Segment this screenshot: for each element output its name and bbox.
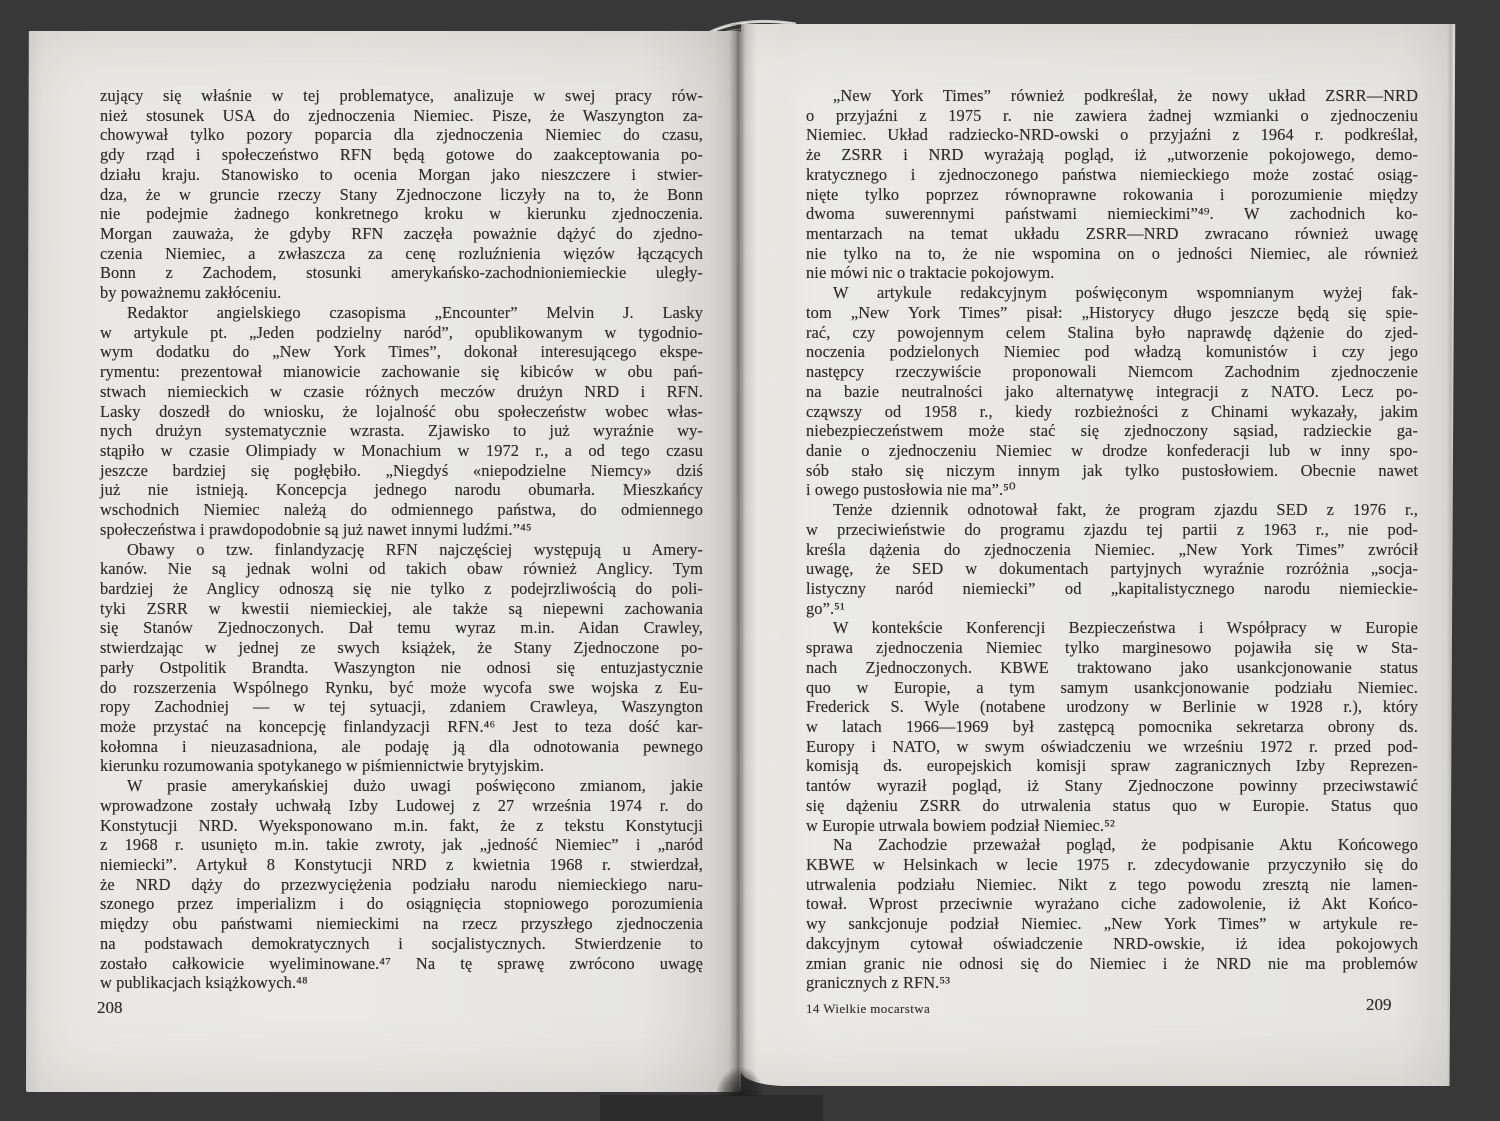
paragraph: Obawy o tzw. finlandyzację RFN najczęści… xyxy=(100,540,703,777)
text-line: W kontekście Konferencji Bezpieczeństwa … xyxy=(806,618,1418,638)
text-line: mentarzach na temat układu ZSRR—NRD zwra… xyxy=(806,224,1418,244)
text-line: gdy rząd i społeczeństwo RFN będą gotowe… xyxy=(100,145,703,165)
text-line: dwoma suwerennymi państwami niemieckimi”… xyxy=(806,204,1418,224)
text-line: Niemiec. Układ radziecko-NRD-owski o prz… xyxy=(806,125,1418,145)
text-line: nięte tylko poprzez równoprawne rokowani… xyxy=(806,185,1418,205)
paragraph: Tenże dziennik odnotował fakt, że progra… xyxy=(806,500,1418,618)
text-line: w artykule pt. „Jeden podzielny naród”, … xyxy=(100,323,703,343)
text-line: w publikacjach książkowych.⁴⁸ xyxy=(100,973,703,993)
text-line: na bazie neutralności jako alternatywę i… xyxy=(806,382,1418,402)
text-line: szonego przez imperializm i do osiągnięc… xyxy=(100,894,703,914)
paragraph: Na Zachodzie przeważał pogląd, że podpis… xyxy=(806,835,1418,993)
text-line: sprawa zjednoczenia Niemiec tylko margin… xyxy=(806,638,1418,658)
paragraph: Redaktor angielskiego czasopisma „Encoun… xyxy=(100,303,703,540)
text-line: do rozszerzenia Wspólnego Rynku, być moż… xyxy=(100,678,703,698)
text-line: już nie istnieją. Koncepcja jednego naro… xyxy=(100,480,703,500)
text-line: uwagę, że SED w dokumentach partyjnych w… xyxy=(806,559,1418,579)
text-line: KBWE w Helsinkach w lecie 1975 r. zdecyd… xyxy=(806,855,1418,875)
text-line: go”.⁵¹ xyxy=(806,599,1418,619)
text-line: bardziej że Anglicy odnoszą się nie tylk… xyxy=(100,579,703,599)
text-line: stąpiło w czasie Olimpiady w Monachium w… xyxy=(100,441,703,461)
text-line: kołomna i nieuzasadniona, ale podaję ją … xyxy=(100,737,703,757)
text-line: Europy i NATO, w swym oświadczeniu we wr… xyxy=(806,737,1418,757)
text-line: jeszcze bardziej się pogłębiło. „Niegdyś… xyxy=(100,461,703,481)
print-signature: 14 Wielkie mocarstwa xyxy=(806,1001,930,1017)
text-line: quo w Europie, a tym samym usankcjonowan… xyxy=(806,678,1418,698)
text-line: ropy Zachodniej — w tej sytuacji, zdanie… xyxy=(100,697,703,717)
text-line: że NRD dąży do przezwyciężenia podziału … xyxy=(100,875,703,895)
text-line: by poważnemu zakłóceniu. xyxy=(100,283,703,303)
text-line: Bonn z Zachodem, stosunki amerykańsko-za… xyxy=(100,263,703,283)
text-line: w Europie utrwala bowiem podział Niemiec… xyxy=(806,816,1418,836)
text-line: wschodnich Niemiec należą do odmiennego … xyxy=(100,500,703,520)
text-line: wprowadzone zostały uchwałą Izby Ludowej… xyxy=(100,796,703,816)
page-number-left: 208 xyxy=(97,998,123,1018)
text-line: nych drużyn systematycznie wzrasta. Zjaw… xyxy=(100,421,703,441)
text-line: się Stanów Zjednoczonych. Dał temu wyraz… xyxy=(100,618,703,638)
text-line: niebezpieczeństwem może stać się zjednoc… xyxy=(806,421,1418,441)
paragraph: zujący się właśnie w tej problematyce, a… xyxy=(100,86,703,303)
text-line: Lasky doszedł do wniosku, że lojalność o… xyxy=(100,402,703,422)
gutter-bottom-shadow xyxy=(710,1056,770,1096)
text-line: że ZSRR i NRD wyrażają pogląd, iż „utwor… xyxy=(806,145,1418,165)
text-line: tantów wyraził pogląd, iż Stany Zjednocz… xyxy=(806,776,1418,796)
text-line: z 1968 r. usunięto m.in. takie zwroty, j… xyxy=(100,835,703,855)
text-line: cząwszy od 1958 r., kiedy rozbieżności z… xyxy=(806,402,1418,422)
text-line: Na Zachodzie przeważał pogląd, że podpis… xyxy=(806,835,1418,855)
text-line: Redaktor angielskiego czasopisma „Encoun… xyxy=(100,303,703,323)
text-line: o przyjaźni z 1975 r. nie zawiera żadnej… xyxy=(806,106,1418,126)
text-line: noczenia podzielonych Niemiec pod władzą… xyxy=(806,342,1418,362)
text-line: Frederick S. Wyle (notabene urodzony w B… xyxy=(806,697,1418,717)
text-line: danie o zjednoczeniu Niemiec w drodze ko… xyxy=(806,441,1418,461)
text-line: Obawy o tzw. finlandyzację RFN najczęści… xyxy=(100,540,703,560)
text-line: Tenże dziennik odnotował fakt, że progra… xyxy=(806,500,1418,520)
text-line: następcy rzeczywiście proponowali Niemco… xyxy=(806,362,1418,382)
text-line: chowywał tylko pozory poparcia dla zjedn… xyxy=(100,125,703,145)
text-line: wy sankcjonuje podział Niemiec. „New Yor… xyxy=(806,914,1418,934)
text-line: zostało całkowicie wyeliminowane.⁴⁷ Na t… xyxy=(100,954,703,974)
text-line: niemiecki”. Artykuł 8 Konstytucji NRD z … xyxy=(100,855,703,875)
text-line: W artykule redakcyjnym poświęconym wspom… xyxy=(806,283,1418,303)
paragraph: W artykule redakcyjnym poświęconym wspom… xyxy=(806,283,1418,500)
text-line: dakcyjnym cytował oświadczenie NRD-owski… xyxy=(806,934,1418,954)
text-line: nie mówi nic o traktacie pokojowym. xyxy=(806,263,1418,283)
text-line: nach Zjednoczonych. KBWE traktowano jako… xyxy=(806,658,1418,678)
text-line: nież stosunek USA do zjednoczenia Niemie… xyxy=(100,106,703,126)
text-line: między obu państwami niemieckimi na rzec… xyxy=(100,914,703,934)
text-line: kierunku rozumowania spotykanego w piśmi… xyxy=(100,756,703,776)
text-line: stwierdzając w jednej ze swych książek, … xyxy=(100,638,703,658)
text-line: stwach niemieckich w czasie różnych mecz… xyxy=(100,382,703,402)
text-line: społeczeństwa i prawdopodobnie są już na… xyxy=(100,520,703,540)
book-underside xyxy=(600,1095,823,1121)
text-line: tom „New York Times” pisał: „Historycy d… xyxy=(806,303,1418,323)
paragraph: „New York Times” również podkreślał, że … xyxy=(806,86,1418,283)
text-line: komisją ds. europejskich komisji spraw z… xyxy=(806,756,1418,776)
text-line: rać, czy powojennym celem Stalina było n… xyxy=(806,323,1418,343)
text-line: zmian granic nie odnosi się do Niemiec i… xyxy=(806,954,1418,974)
text-line: kreśla dążenia do zjednoczenia Niemiec. … xyxy=(806,540,1418,560)
text-line: czenia Niemiec, a zwłaszcza za cenę rozl… xyxy=(100,244,703,264)
text-line: w latach 1966—1969 był zastępcą pomocnik… xyxy=(806,717,1418,737)
page-number-right: 209 xyxy=(1366,995,1392,1015)
right-page-text: „New York Times” również podkreślał, że … xyxy=(806,86,1418,993)
text-line: działu kraju. Stanowisko to ocenia Morga… xyxy=(100,165,703,185)
text-line: „New York Times” również podkreślał, że … xyxy=(806,86,1418,106)
text-line: sób stało się niczym innym jak tylko pus… xyxy=(806,461,1418,481)
text-line: W prasie amerykańskiej dużo uwagi poświę… xyxy=(100,776,703,796)
text-line: listyczny naród niemiecki” od „kapitalis… xyxy=(806,579,1418,599)
text-line: na podstawach demokratycznych i socjalis… xyxy=(100,934,703,954)
text-line: granicznych z RFN.⁵³ xyxy=(806,973,1418,993)
book-spread-photo: { "left_page": { "page_number": "208", "… xyxy=(0,0,1500,1121)
text-line: tował. Wprost przeciwnie wyrażano ciche … xyxy=(806,894,1418,914)
text-line: w przeciwieństwie do programu zjazdu tej… xyxy=(806,520,1418,540)
text-line: się dążeniu ZSRR do utrwalenia status qu… xyxy=(806,796,1418,816)
text-line: tyki ZSRR w kwestii niemieckiej, ale tak… xyxy=(100,599,703,619)
text-line: nie podejmie żadnego konkretnego kroku w… xyxy=(100,204,703,224)
text-line: i owego pustosłowia nie ma”.⁵⁰ xyxy=(806,480,1418,500)
text-line: zujący się właśnie w tej problematyce, a… xyxy=(100,86,703,106)
text-line: dza, że w gruncie rzeczy Stany Zjednoczo… xyxy=(100,185,703,205)
text-line: rymentu: prezentował mianowicie zachowan… xyxy=(100,362,703,382)
text-line: Morgan zauważa, że gdyby RFN zaczęła pow… xyxy=(100,224,703,244)
text-line: może przystać na koncepcję finlandyzacji… xyxy=(100,717,703,737)
text-line: utrwalenia podziału Niemiec. Nikt z tego… xyxy=(806,875,1418,895)
text-line: kanów. Nie są jednak wolni od takich oba… xyxy=(100,559,703,579)
text-line: Konstytucji NRD. Wyeksponowano m.in. fak… xyxy=(100,816,703,836)
gutter-shadow xyxy=(729,24,745,1092)
paragraph: W prasie amerykańskiej dużo uwagi poświę… xyxy=(100,776,703,993)
text-line: nie tylko na to, że nie wspomina on o je… xyxy=(806,244,1418,264)
left-page-text: zujący się właśnie w tej problematyce, a… xyxy=(100,86,703,993)
text-line: wym dodatku do „New York Times”, dokonał… xyxy=(100,342,703,362)
text-line: kratycznego i zjednoczonego państwa niem… xyxy=(806,165,1418,185)
text-line: parły Ostpolitik Brandta. Waszyngton nie… xyxy=(100,658,703,678)
paragraph: W kontekście Konferencji Bezpieczeństwa … xyxy=(806,618,1418,835)
